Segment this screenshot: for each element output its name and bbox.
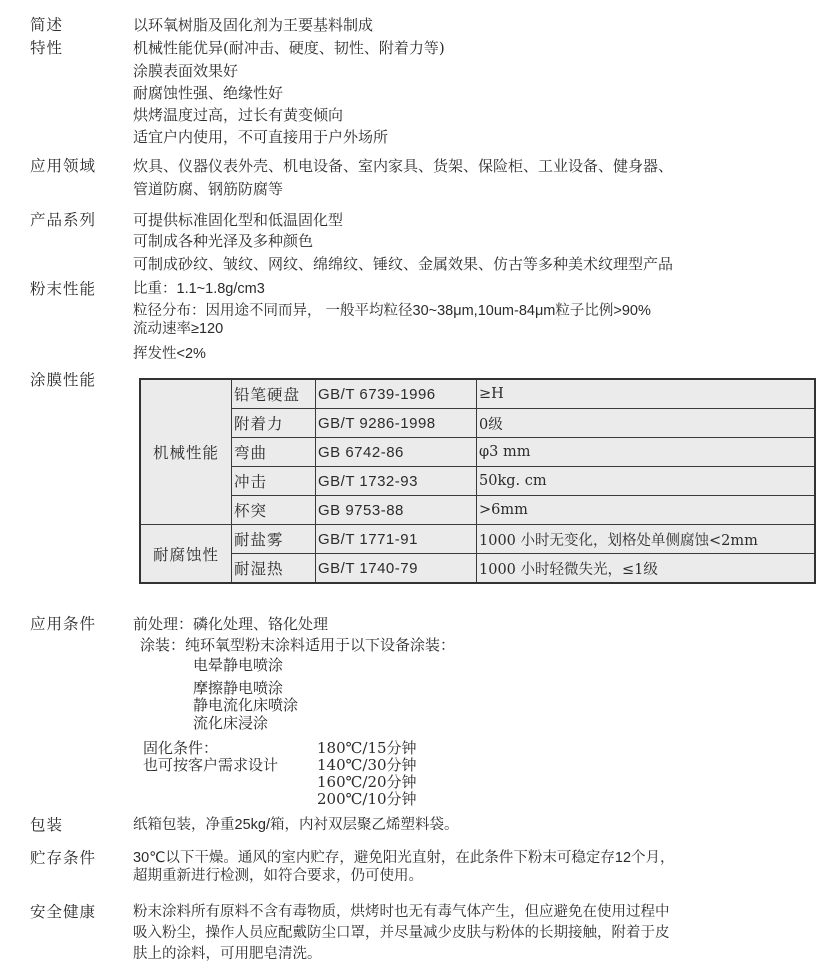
powder-flow-rate: 流动速率≥120 xyxy=(133,320,223,338)
section-label-powder-properties: 粉末性能 xyxy=(30,280,96,298)
section-label-application-conditions: 应用条件 xyxy=(30,615,96,633)
applications-line: 管道防腐、钢筋防腐等 xyxy=(133,180,283,198)
film-properties-table: 机械性能 铅笔硬盘 GB/T 6739-1996 ≥H 附着力 GB/T 928… xyxy=(139,378,816,584)
standard-cell: GB/T 1771-91 xyxy=(316,525,477,554)
section-label-safety: 安全健康 xyxy=(30,903,96,921)
standard-cell: GB 6742-86 xyxy=(316,438,477,467)
coating-text: 涂装：纯环氧型粉末涂料适用于以下设备涂装： xyxy=(140,636,455,654)
coating-method: 流化床浸涂 xyxy=(193,714,268,732)
result-cell: >6mm xyxy=(477,496,816,525)
result-cell: ≥H xyxy=(477,379,816,409)
result-cell: φ3 mm xyxy=(477,438,816,467)
curing-schedule: 200℃/10分钟 xyxy=(317,790,417,808)
coating-method: 摩擦静电喷涂 xyxy=(193,679,283,697)
safety-line: 肤上的涂料，可用肥皂清洗。 xyxy=(133,945,322,963)
standard-cell: GB 9753-88 xyxy=(316,496,477,525)
table-row: 附着力 GB/T 9286-1998 0级 xyxy=(140,409,815,438)
product-series-line: 可制成砂纹、皱纹、网纹、绵绵纹、锤纹、金属效果、仿古等多种美术纹理型产品 xyxy=(133,255,673,273)
curing-label: 固化条件： xyxy=(143,739,218,757)
section-label-storage: 贮存条件 xyxy=(30,849,96,867)
coating-method: 静电流化床喷涂 xyxy=(193,696,298,714)
table-row: 耐腐蚀性 耐盐雾 GB/T 1771-91 1000 小时无变化，划格处单侧腐蚀… xyxy=(140,525,815,554)
item-cell: 铅笔硬盘 xyxy=(232,379,316,409)
curing-schedule: 140℃/30分钟 xyxy=(317,756,417,774)
section-label-packaging: 包装 xyxy=(30,816,63,834)
result-cell: 0级 xyxy=(477,409,816,438)
standard-cell: GB/T 1732-93 xyxy=(316,467,477,496)
powder-volatility: 挥发性<2% xyxy=(133,345,206,363)
safety-line: 吸入粉尘，操作人员应配戴防尘口罩，并尽量减少皮肤与粉体的长期接触，附着于皮 xyxy=(133,924,670,942)
section-label-film-properties: 涂膜性能 xyxy=(30,371,96,389)
feature-line: 适宜户内使用，不可直接用于户外场所 xyxy=(133,128,388,146)
table-row: 耐湿热 GB/T 1740-79 1000 小时轻微失光，≤1级 xyxy=(140,554,815,584)
group-corrosion: 耐腐蚀性 xyxy=(140,525,232,584)
storage-line: 30℃以下干燥。通风的室内贮存，避免阳光直射，在此条件下粉末可稳定存12个月， xyxy=(133,849,675,867)
group-mechanical: 机械性能 xyxy=(140,379,232,525)
summary-text: 以环氧树脂及固化剂为王要基料制成 xyxy=(133,16,373,34)
coating-method: 电晕静电喷涂 xyxy=(193,656,283,674)
item-cell: 杯突 xyxy=(232,496,316,525)
feature-line: 机械性能优异(耐冲击、硬度、韧性、附着力等) xyxy=(133,39,445,57)
storage-line: 超期重新进行检测，如符合要求，仍可使用。 xyxy=(133,867,423,885)
item-cell: 耐盐雾 xyxy=(232,525,316,554)
product-series-line: 可制成各种光泽及多种颜色 xyxy=(133,232,313,250)
feature-line: 烘烤温度过高，过长有黄变倾向 xyxy=(133,106,343,124)
section-label-product-series: 产品系列 xyxy=(30,211,96,229)
powder-density: 比重：1.1~1.8g/cm3 xyxy=(133,280,265,298)
product-series-line: 可提供标准固化型和低温固化型 xyxy=(133,211,343,229)
section-label-applications: 应用领域 xyxy=(30,157,96,175)
safety-line: 粉末涂料所有原料不含有毒物质，烘烤时也无有毒气体产生，但应避免在使用过程中 xyxy=(133,903,670,921)
item-cell: 附着力 xyxy=(232,409,316,438)
standard-cell: GB/T 6739-1996 xyxy=(316,379,477,409)
table-row: 机械性能 铅笔硬盘 GB/T 6739-1996 ≥H xyxy=(140,379,815,409)
section-label-summary: 简述 xyxy=(30,16,63,34)
result-cell: 50kg. cm xyxy=(477,467,816,496)
feature-line: 涂膜表面效果好 xyxy=(133,62,238,80)
curing-note: 也可按客户需求设计 xyxy=(143,756,278,774)
pretreatment-text: 前处理：磷化处理、铬化处理 xyxy=(133,615,328,633)
applications-line: 炊具、仪器仪表外壳、机电设备、室内家具、货架、保险柜、工业设备、健身器、 xyxy=(133,157,673,175)
packaging-text: 纸箱包装，净重25kg/箱，内衬双层聚乙烯塑料袋。 xyxy=(133,816,458,834)
result-cell: 1000 小时轻微失光，≤1级 xyxy=(477,554,816,584)
table-row: 杯突 GB 9753-88 >6mm xyxy=(140,496,815,525)
item-cell: 耐湿热 xyxy=(232,554,316,584)
item-cell: 冲击 xyxy=(232,467,316,496)
powder-particle-size: 粒径分布：因用途不同而异， 一般平均粒径30~38μm,10um-84μm粒子比… xyxy=(133,302,651,320)
feature-line: 耐腐蚀性强、绝缘性好 xyxy=(133,84,283,102)
result-cell: 1000 小时无变化，划格处单侧腐蚀<2mm xyxy=(477,525,816,554)
standard-cell: GB/T 1740-79 xyxy=(316,554,477,584)
curing-schedule: 180℃/15分钟 xyxy=(317,739,417,757)
item-cell: 弯曲 xyxy=(232,438,316,467)
curing-schedule: 160℃/20分钟 xyxy=(317,773,417,791)
section-label-features: 特性 xyxy=(30,39,63,57)
table-row: 冲击 GB/T 1732-93 50kg. cm xyxy=(140,467,815,496)
standard-cell: GB/T 9286-1998 xyxy=(316,409,477,438)
table-row: 弯曲 GB 6742-86 φ3 mm xyxy=(140,438,815,467)
